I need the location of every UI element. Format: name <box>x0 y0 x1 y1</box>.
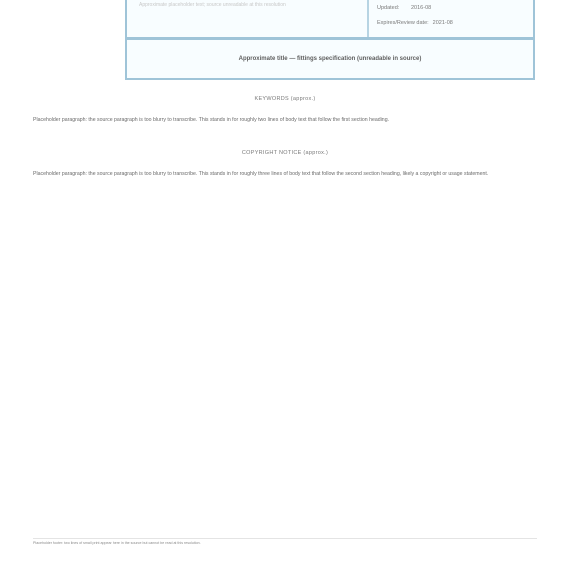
meta-value: 2016-08 <box>411 5 431 11</box>
meta-row-updated: Updated: 2016-08 <box>377 0 533 15</box>
page-footer: Placeholder footer: two lines of small p… <box>33 541 537 546</box>
section-paragraph-keywords: Placeholder paragraph: the source paragr… <box>33 117 537 124</box>
document-title: Approximate title — fittings specificati… <box>127 40 533 78</box>
meta-key: Updated: <box>377 5 407 11</box>
document-header-box: Approximate placeholder text; source unr… <box>125 0 535 80</box>
footer-divider <box>33 538 537 539</box>
meta-value: 2021-08 <box>433 20 453 26</box>
header-left-cell: Approximate placeholder text; source unr… <box>127 0 369 37</box>
section-paragraph-copyright: Placeholder paragraph: the source paragr… <box>33 171 537 178</box>
header-top-row: Approximate placeholder text; source unr… <box>127 0 533 40</box>
meta-row-review: Expires/Review date: 2021-08 <box>377 15 533 30</box>
section-title-copyright: COPYRIGHT NOTICE (approx.) <box>0 150 570 156</box>
meta-key: Expires/Review date: <box>377 20 429 26</box>
header-meta-cell: Updated: 2016-08 Expires/Review date: 20… <box>371 0 533 37</box>
section-title-keywords: KEYWORDS (approx.) <box>0 96 570 102</box>
header-left-note: Approximate placeholder text; source unr… <box>139 2 286 8</box>
